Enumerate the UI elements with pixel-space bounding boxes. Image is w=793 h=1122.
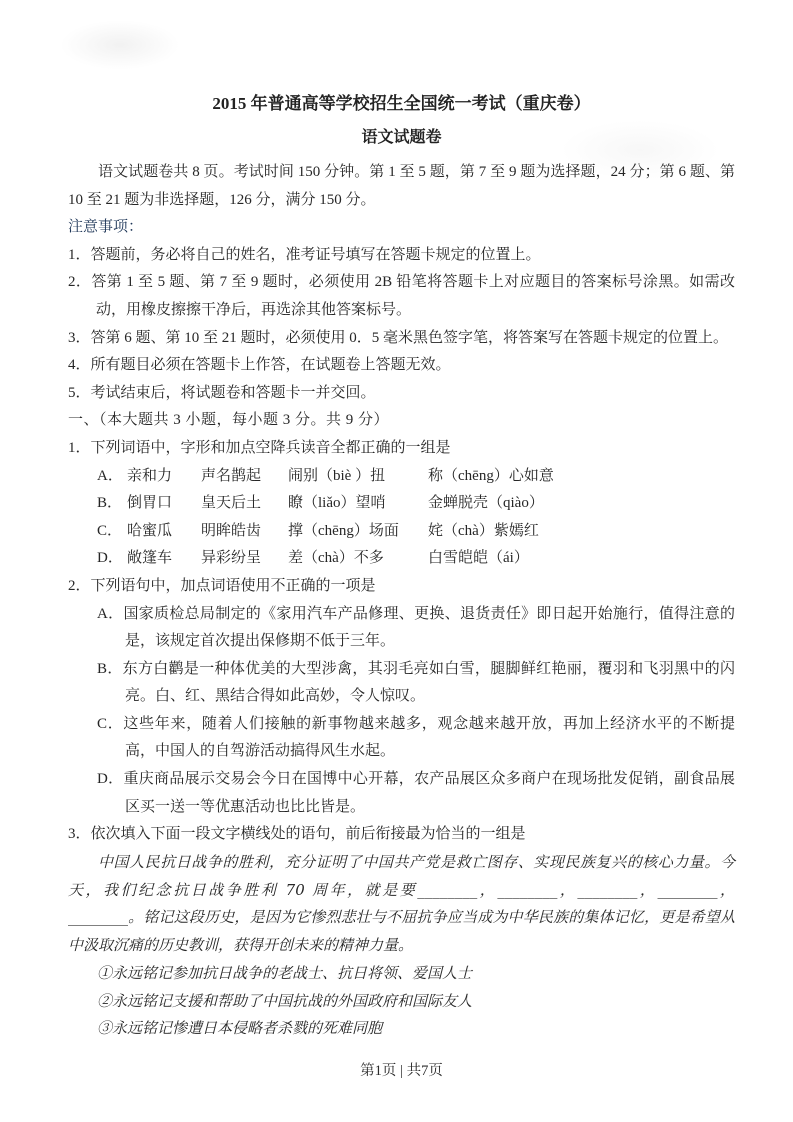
notice-section: 注意事项： 1．答题前，务必将自己的姓名，准考证号填写在答题卡规定的位置上。 2… [68, 214, 735, 407]
question-1-stem: 1．下列词语中，字形和加点空降兵读音全都正确的一组是 [68, 435, 735, 463]
option-word-4: 白雪皑皑（ái） [428, 545, 735, 573]
option-word-1: 哈蜜瓜 [127, 518, 201, 546]
exam-paper-page: 2015 年普通高等学校招生全国统一考试（重庆卷） 语文试题卷 语文试题卷共 8… [0, 0, 793, 1122]
option-word-3: 撑（chēng）场面 [288, 518, 428, 546]
question-2-option-a: A．国家质检总局制定的《家用汽车产品修理、更换、退货责任》即日起开始施行，值得注… [68, 601, 735, 656]
exam-intro-paragraph: 语文试题卷共 8 页。考试时间 150 分钟。第 1 至 5 题，第 7 至 9… [68, 159, 735, 214]
option-word-3: 闹别（biè ）扭 [288, 463, 428, 491]
notice-item-2: 2．答第 1 至 5 题、第 7 至 9 题时，必须使用 2B 铅笔将答题卡上对… [68, 269, 735, 324]
question-2-option-c: C．这些年来，随着人们接触的新事物越来越多，观念越来越开放，再加上经济水平的不断… [68, 711, 735, 766]
option-text: 国家质检总局制定的《家用汽车产品修理、更换、退货责任》即日起开始施行，值得注意的… [123, 606, 735, 650]
question-1: 1．下列词语中，字形和加点空降兵读音全都正确的一组是 A． 亲和力 声名鹊起 闹… [68, 435, 735, 573]
notice-item-1: 1．答题前，务必将自己的姓名，准考证号填写在答题卡规定的位置上。 [68, 242, 735, 270]
option-word-2: 明眸皓齿 [201, 518, 288, 546]
question-1-option-row-c: C． 哈蜜瓜 明眸皓齿 撑（chēng）场面 姹（chà）紫嫣红 [97, 518, 735, 546]
option-label: B． [97, 661, 123, 677]
option-word-1: 倒胃口 [127, 490, 201, 518]
option-text: 这些年来，随着人们接触的新事物越来越多，观念越来越开放，再加上经济水平的不断提高… [123, 716, 735, 760]
notice-item-4: 4．所有题目必须在答题卡上作答，在试题卷上答题无效。 [68, 352, 735, 380]
question-1-option-row-b: B． 倒胃口 皇天后土 瞭（liǎo）望哨 金蝉脱壳（qiào） [97, 490, 735, 518]
notice-heading: 注意事项： [68, 214, 735, 242]
option-label: D． [97, 771, 123, 787]
option-label: B． [97, 490, 127, 518]
question-3-item-3: ③永远铭记惨遭日本侵略者杀戮的死难同胞 [97, 1015, 735, 1043]
option-word-3: 差（chà）不多 [288, 545, 428, 573]
option-word-2: 皇天后土 [201, 490, 288, 518]
question-1-option-row-a: A． 亲和力 声名鹊起 闹别（biè ）扭 称（chēng）心如意 [97, 463, 735, 491]
option-word-4: 称（chēng）心如意 [428, 463, 735, 491]
option-word-2: 异彩纷呈 [201, 545, 288, 573]
option-word-2: 声名鹊起 [201, 463, 288, 491]
section-1-heading: 一、（本大题共 3 小题，每小题 3 分。共 9 分） [68, 407, 735, 435]
question-3-item-1: ①永远铭记参加抗日战争的老战士、抗日将领、爱国人士 [97, 960, 735, 988]
question-3-passage: 中国人民抗日战争的胜利，充分证明了中国共产党是救亡图存、实现民族复兴的核心力量。… [68, 849, 735, 960]
question-3: 3．依次填入下面一段文字横线处的语句，前后衔接最为恰当的一组是 中国人民抗日战争… [68, 821, 735, 1043]
option-label: A． [97, 463, 127, 491]
option-word-1: 亲和力 [127, 463, 201, 491]
exam-title: 2015 年普通高等学校招生全国统一考试（重庆卷） [68, 92, 735, 116]
option-label: D． [97, 545, 127, 573]
question-2-option-b: B．东方白鹳是一种体优美的大型涉禽，其羽毛亮如白雪，腿脚鲜红艳丽，覆羽和飞羽黑中… [68, 656, 735, 711]
exam-subtitle: 语文试题卷 [68, 126, 735, 150]
option-label: A． [97, 606, 123, 622]
option-word-3: 瞭（liǎo）望哨 [288, 490, 428, 518]
page-number-footer: 第1页 | 共7页 [68, 1058, 735, 1086]
question-2-option-d: D．重庆商品展示交易会今日在国博中心开幕，农产品展区众多商户在现场批发促销，副食… [68, 766, 735, 821]
option-label: C． [97, 518, 127, 546]
page-content: 2015 年普通高等学校招生全国统一考试（重庆卷） 语文试题卷 语文试题卷共 8… [0, 0, 793, 1085]
option-word-1: 敞篷车 [127, 545, 201, 573]
option-text: 重庆商品展示交易会今日在国博中心开幕，农产品展区众多商户在现场批发促销，副食品展… [123, 771, 735, 815]
option-text: 东方白鹳是一种体优美的大型涉禽，其羽毛亮如白雪，腿脚鲜红艳丽，覆羽和飞羽黑中的闪… [123, 661, 735, 705]
option-word-4: 姹（chà）紫嫣红 [428, 518, 735, 546]
notice-item-5: 5．考试结束后，将试题卷和答题卡一并交回。 [68, 380, 735, 408]
question-2-stem: 2．下列语句中，加点词语使用不正确的一项是 [68, 573, 735, 601]
question-3-stem: 3．依次填入下面一段文字横线处的语句，前后衔接最为恰当的一组是 [68, 821, 735, 849]
question-2: 2．下列语句中，加点词语使用不正确的一项是 A．国家质检总局制定的《家用汽车产品… [68, 573, 735, 821]
option-word-4: 金蝉脱壳（qiào） [428, 490, 735, 518]
question-3-item-2: ②永远铭记支援和帮助了中国抗战的外国政府和国际友人 [97, 988, 735, 1016]
notice-item-3: 3．答第 6 题、第 10 至 21 题时，必须使用 0．5 毫米黑色签字笔，将… [68, 325, 735, 353]
question-1-option-row-d: D． 敞篷车 异彩纷呈 差（chà）不多 白雪皑皑（ái） [97, 545, 735, 573]
option-label: C． [97, 716, 123, 732]
